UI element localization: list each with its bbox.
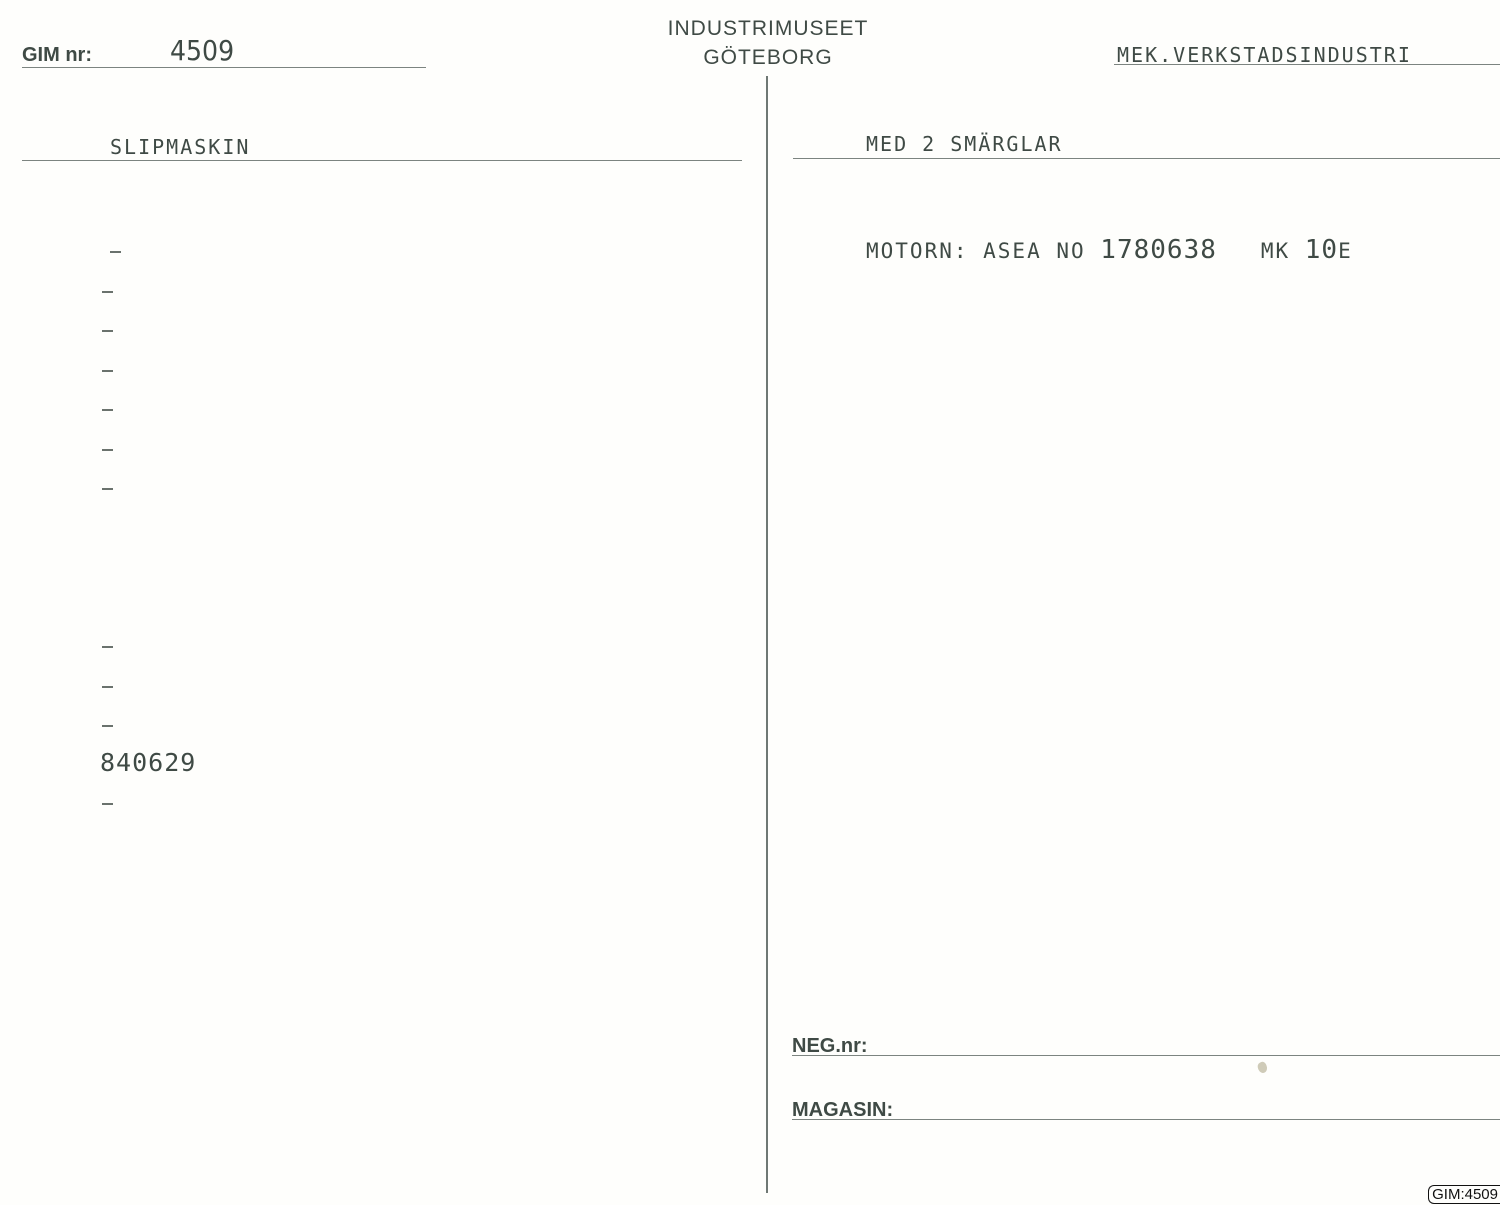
category-underline	[1114, 64, 1500, 65]
field-value-date: 840629	[100, 748, 196, 777]
motor-mk-suffix: E	[1338, 239, 1353, 263]
description-text: MED 2 SMÄRGLAR	[866, 132, 1063, 156]
object-name: SLIPMASKIN	[110, 135, 250, 159]
field-empty-dash	[102, 686, 113, 688]
field-empty-dash	[102, 725, 113, 727]
field-empty-dash	[102, 330, 113, 332]
field-empty-dash	[102, 488, 113, 490]
object-description: MED 2 SMÄRGLAR	[866, 132, 1063, 156]
museum-name-line2: GÖTEBORG	[600, 43, 936, 72]
gim-number-value: 4509	[170, 34, 234, 67]
archive-stamp: GIM:4509	[1428, 1185, 1500, 1204]
gim-number-label: GIM nr:	[22, 44, 92, 67]
motor-mk-label: MK	[1261, 239, 1305, 263]
field-empty-dash	[110, 251, 121, 253]
object-name-underline	[22, 160, 742, 161]
field-empty-dash	[102, 370, 113, 372]
gim-number-underline	[22, 67, 426, 68]
field-empty-dash	[102, 409, 113, 411]
motor-note-prefix: MOTORN: ASEA NO	[866, 239, 1100, 263]
museum-name: INDUSTRIMUSEET GÖTEBORG	[600, 14, 936, 72]
motor-mk-value: 10	[1305, 235, 1338, 265]
magasin-underline	[792, 1119, 1500, 1120]
motor-note: MOTORN: ASEA NO 1780638 MK 10E	[866, 235, 1353, 265]
field-empty-dash	[102, 449, 113, 451]
field-empty-dash	[102, 291, 113, 293]
field-empty-dash	[102, 803, 113, 805]
description-underline	[793, 158, 1500, 159]
center-divider	[766, 76, 768, 1193]
neg-number-underline	[792, 1055, 1500, 1056]
paper-stain	[1256, 1061, 1269, 1075]
museum-name-line1: INDUSTRIMUSEET	[600, 14, 936, 43]
field-empty-dash	[102, 646, 113, 648]
motor-serial-number: 1780638	[1100, 235, 1217, 265]
